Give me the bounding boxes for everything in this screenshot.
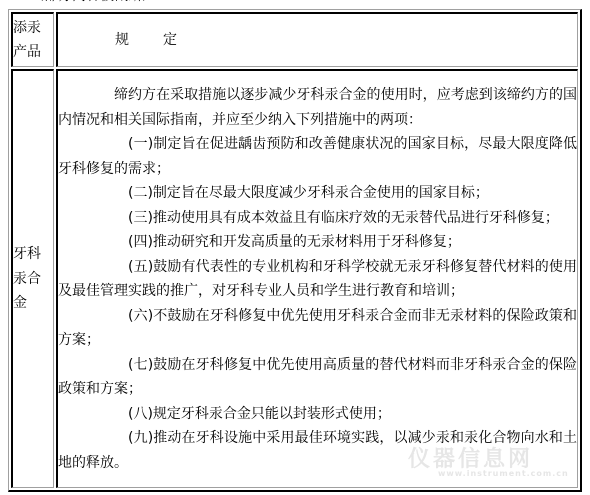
measure-item-5: (五)鼓励有代表性的专业机构和牙科学校就无汞牙科修复替代材料的使用及最佳管理实践… (58, 255, 577, 304)
measure-item-1: (一)制定旨在促进龋齿预防和改善健康状况的国家目标，尽最大限度降低牙科修复的需求… (58, 132, 577, 181)
product-cell-dental-amalgam: 牙科 汞合 金 (11, 69, 54, 488)
table-header-row: 添汞 产品 规定 (11, 12, 578, 67)
regulation-intro: 缔约方在采取措施以逐步减少牙科汞合金的使用时，应考虑到该缔约方的国内情况和相关国… (58, 83, 577, 132)
header-product-line-1: 添汞 (13, 16, 53, 41)
table-row: 牙科 汞合 金 缔约方在采取措施以逐步减少牙科汞合金的使用时，应考虑到该缔约方的… (11, 69, 578, 488)
regulation-cell: 缔约方在采取措施以逐步减少牙科汞合金的使用时，应考虑到该缔约方的国内情况和相关国… (56, 69, 578, 488)
header-cell-product: 添汞 产品 (11, 12, 54, 67)
product-line-1: 牙科 (13, 242, 53, 267)
regulation-table: 添汞 产品 规定 牙科 汞合 金 缔约方在采取措施以逐步减少牙科汞合金的使用时，… (8, 9, 582, 492)
measure-item-8: (八)规定牙科汞合金只能以封装形式使用； (58, 402, 577, 427)
measure-item-6: (六)不鼓励在牙科修复中优先使用牙科汞合金而非无汞材料的保险政策和方案； (58, 304, 577, 353)
header-cell-regulation: 规定 (56, 12, 578, 67)
measure-item-3: (三)推动使用具有成本效益且有临床疗效的无汞替代品进行牙科修复； (58, 206, 577, 231)
document-caption-clipped: （部分内容被截断） (30, 0, 290, 3)
product-line-2: 汞合 (13, 267, 53, 292)
product-line-3: 金 (13, 291, 53, 316)
measure-item-4: (四)推动研究和开发高质量的无汞材料用于牙科修复； (58, 230, 577, 255)
measure-item-7: (七)鼓励在牙科修复中优先使用高质量的替代材料而非牙科汞合金的保险政策和方案； (58, 353, 577, 402)
header-regulation-char-2: 定 (163, 32, 177, 48)
header-regulation-char-1: 规 (115, 32, 129, 48)
measure-item-2: (二)制定旨在尽最大限度减少牙科汞合金使用的国家目标； (58, 181, 577, 206)
header-product-line-2: 产品 (13, 40, 53, 65)
measure-item-9: (九)推动在牙科设施中采用最佳环境实践，以减少汞和汞化合物向水和土地的释放。 (58, 426, 577, 475)
